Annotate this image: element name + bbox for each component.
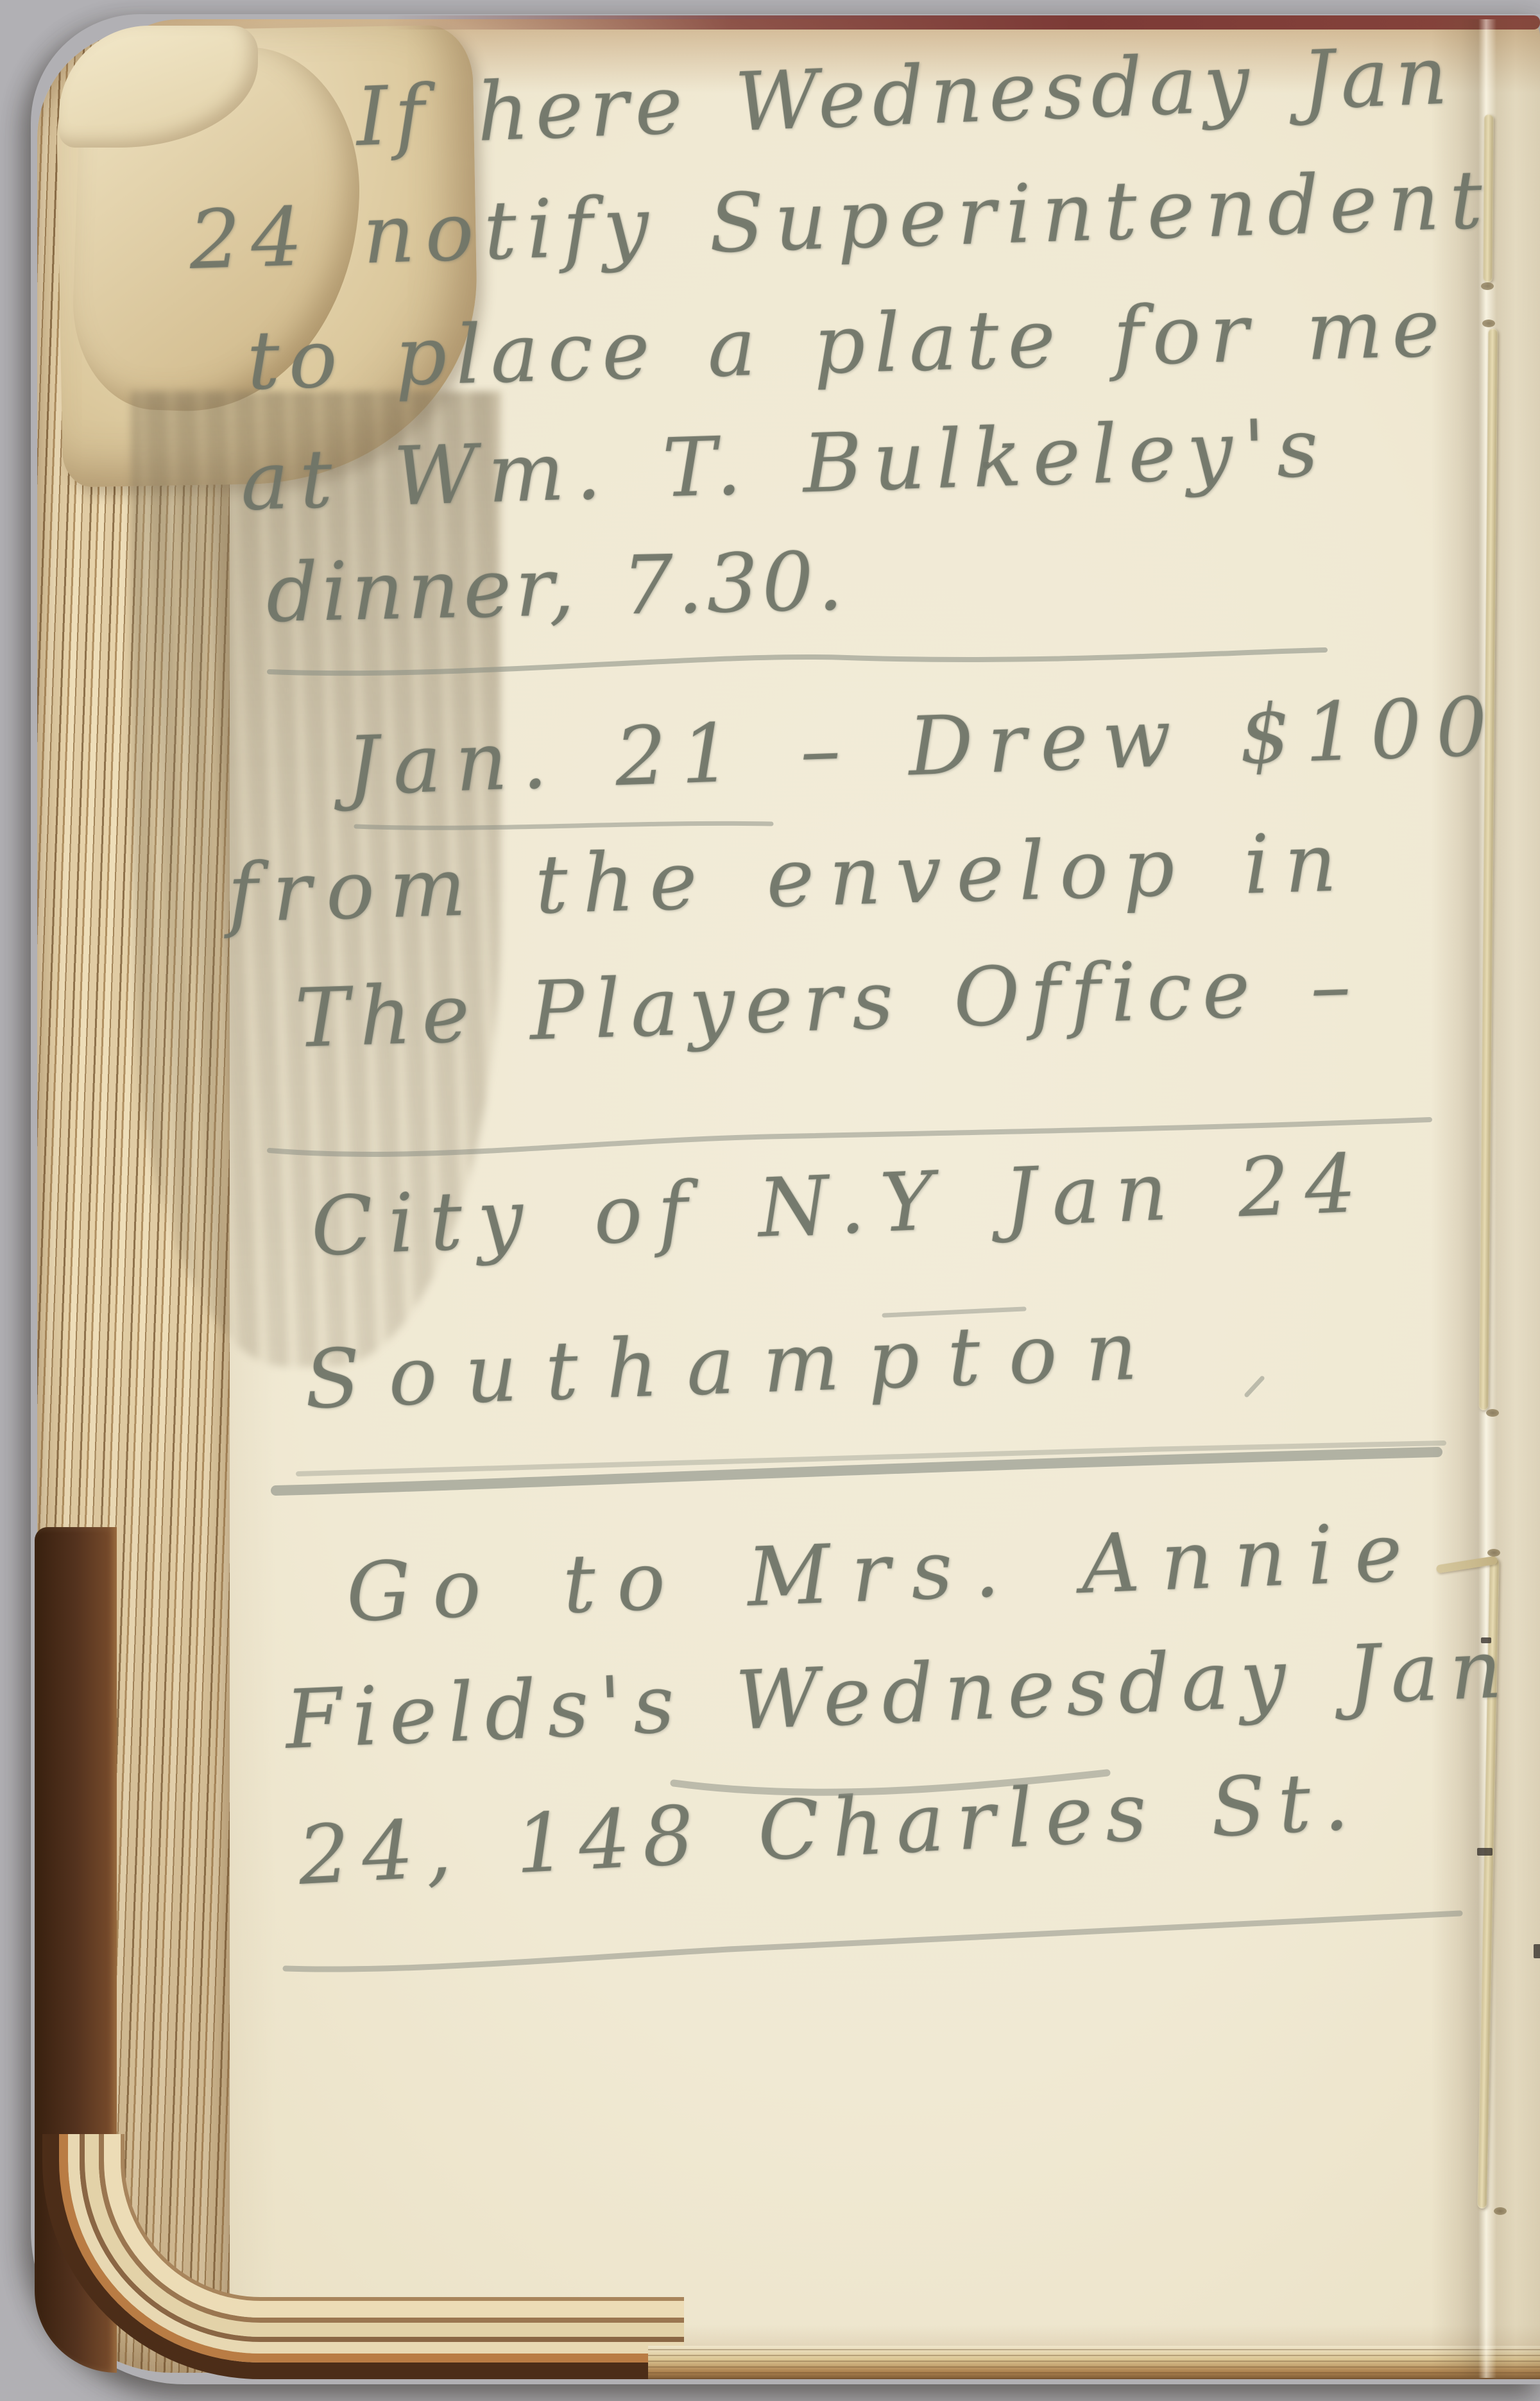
stitch-hole [1486, 1409, 1499, 1417]
pencil-underline-wednesday [664, 1761, 1120, 1809]
stitch-hole [1487, 1549, 1500, 1557]
stitch-hole [1494, 2207, 1507, 2215]
pencil-divider-heavy [260, 1428, 1466, 1508]
stitch-hole [1482, 320, 1495, 327]
pencil-tick-mark [1242, 1373, 1270, 1402]
paper-speck [1534, 1944, 1540, 1958]
pencil-divider [257, 632, 1347, 693]
rounded-corner-page-edges [42, 2134, 684, 2379]
stitch-hole [1481, 282, 1494, 290]
cover-edge-maroon-strip [385, 15, 1540, 30]
corner-ring [121, 2134, 684, 2301]
bottom-page-edge [648, 2346, 1540, 2379]
pencil-underline-jan [878, 1303, 1035, 1325]
pencil-divider [273, 1886, 1479, 1983]
handwritten-line: dinner, 7.30. [266, 541, 848, 634]
pencil-underline-jan21 [346, 810, 783, 839]
paper-speck [1477, 1848, 1493, 1856]
